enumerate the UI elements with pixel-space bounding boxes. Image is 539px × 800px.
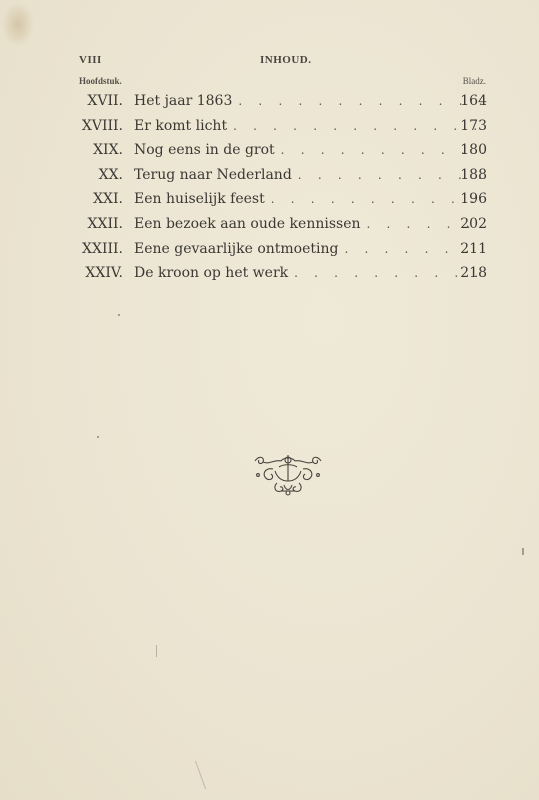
toc-entry: XXIV. De kroon op het werk. . . . . . . … [0,264,539,289]
paper-blemish [118,314,120,316]
chapter-title: Eene gevaarlijke ontmoeting [134,240,344,258]
chapter-number: XXII. [88,215,123,233]
dot-leader: . . . . . . . . . . . . . . . . . . . . … [238,92,485,110]
chapter-number: XX. [99,166,123,184]
chapter-title: Terug naar Nederland [134,166,298,184]
toc-entry: XXII. Een bezoek aan oude kennissen. . .… [0,215,539,240]
chapter-title: Er komt licht [134,117,233,135]
page-ref: 196 [460,190,487,208]
chapter-title: Een bezoek aan oude kennissen [134,215,367,233]
page-title: INHOUD. [260,54,311,66]
chapter-title: Nog eens in de grot [134,141,281,159]
paper-blemish [156,645,157,657]
page-column-header: Bladz. [463,76,486,86]
toc-entry: XVIII. Er komt licht. . . . . . . . . . … [0,117,539,142]
paper-blemish [522,548,524,555]
running-head: VIII INHOUD. [0,54,539,70]
chapter-number: XVIII. [82,117,123,135]
dot-leader: . . . . . . . . . . . . . . . . . . . . … [298,166,485,184]
paper-blemish [195,761,206,790]
page-ref: 188 [460,166,487,184]
column-headers: Hoofdstuk. Bladz. [0,76,539,90]
dot-leader: . . . . . . . . . . . . . . . . . . . . … [281,141,485,159]
page-number-roman: VIII [79,54,102,66]
chapter-title: Het jaar 1863 [134,92,238,110]
chapter-number: XVII. [87,92,123,110]
dot-leader: . . . . . . . . . . . . . . . . . . . . … [271,190,485,208]
chapter-title: Een huiselijk feest [134,190,271,208]
toc-entry: XX. Terug naar Nederland. . . . . . . . … [0,166,539,191]
toc-entry: XIX. Nog eens in de grot. . . . . . . . … [0,141,539,166]
page-ref: 164 [460,92,487,110]
fleuron-ornament-icon [251,451,325,499]
chapter-number: XIX. [93,141,123,159]
dot-leader: . . . . . . . . . . . . . . . . . . . . … [233,117,485,135]
table-of-contents: XVII. Het jaar 1863. . . . . . . . . . .… [0,92,539,289]
page-ref: 202 [460,215,487,233]
page-ref: 211 [460,240,487,258]
chapter-number: XXIII. [82,240,123,258]
chapter-number: XXI. [93,190,123,208]
page-ref: 173 [460,117,487,135]
dot-leader: . . . . . . . . . . . . . . . . . . . . … [294,264,485,282]
chapter-title: De kroon op het werk [134,264,294,282]
chapter-column-header: Hoofdstuk. [79,76,122,86]
toc-entry: XXIII. Eene gevaarlijke ontmoeting. . . … [0,240,539,265]
book-page: VIII INHOUD. Hoofdstuk. Bladz. XVII. Het… [0,0,539,800]
paper-blemish [97,436,99,438]
chapter-number: XXIV. [85,264,123,282]
page-ref: 218 [460,264,487,282]
toc-entry: XXI. Een huiselijk feest. . . . . . . . … [0,190,539,215]
page-ref: 180 [460,141,487,159]
toc-entry: XVII. Het jaar 1863. . . . . . . . . . .… [0,92,539,117]
paper-stain [2,2,34,47]
